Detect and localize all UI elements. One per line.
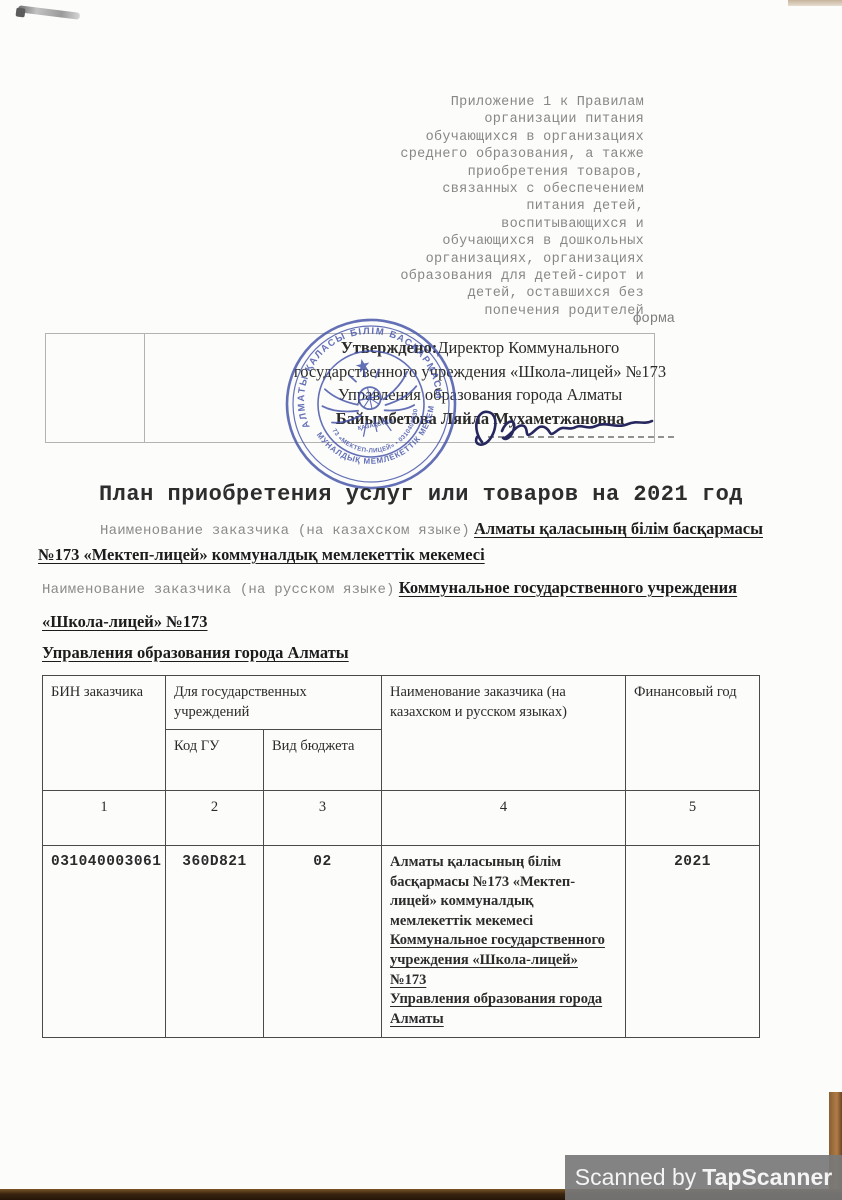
- col-number: 2: [166, 791, 264, 846]
- cell-bin: 031040003061: [43, 846, 166, 1038]
- cell-name-ru-2: Управления образования города Алматы: [390, 990, 617, 1029]
- approval-box-empty-cell: [45, 333, 145, 443]
- cell-vid-budget: 02: [264, 846, 382, 1038]
- scanner-badge-prefix: Scanned by: [575, 1164, 696, 1191]
- customer-ru-line3: Управления образования города Алматы: [42, 637, 737, 668]
- pen-artifact: [18, 5, 80, 20]
- cell-name-ru-1: Коммунальное государственного учреждения…: [390, 931, 617, 990]
- customer-kk-value1: Алматы қаласының білім басқармасы: [474, 519, 763, 538]
- col-number: 1: [43, 791, 166, 846]
- col-number: 3: [264, 791, 382, 846]
- document-title: План приобретения услуг или товаров на 2…: [0, 482, 842, 507]
- procurement-table: БИН заказчика Для государственных учрежд…: [42, 675, 760, 1038]
- official-stamp: АЛМАТЫ ҚАЛАСЫ БІЛІМ БАСҚАРМАСЫ КОММУНАЛД…: [267, 300, 476, 509]
- customer-ru-block: Наименование заказчика (на русском языке…: [42, 572, 737, 668]
- appendix-line: приобретения товаров,: [224, 164, 644, 181]
- appendix-line: воспитывающихся и: [224, 216, 644, 233]
- header-name: Наименование заказчика (на казахском и р…: [382, 676, 626, 791]
- header-kod-gu: Код ГУ: [166, 730, 264, 791]
- table-header-row-1: БИН заказчика Для государственных учрежд…: [43, 676, 760, 730]
- appendix-line: организации питания: [224, 111, 644, 128]
- appendix-line: образования для детей-сирот и: [224, 268, 644, 285]
- appendix-note: Приложение 1 к Правилам организации пита…: [224, 94, 644, 320]
- table-data-row: 031040003061 360D821 02 Алматы қаласының…: [43, 846, 760, 1038]
- header-vid-budget: Вид бюджета: [264, 730, 382, 791]
- customer-ru-line2: «Школа-лицей» №173: [42, 606, 737, 637]
- cell-kod-gu: 360D821: [166, 846, 264, 1038]
- wood-edge-top: [788, 0, 842, 6]
- forma-label: форма: [633, 311, 675, 327]
- stamp-star-icon: [355, 358, 371, 374]
- appendix-line: Приложение 1 к Правилам: [224, 94, 644, 111]
- appendix-line: организациях, организациях: [224, 251, 644, 268]
- appendix-line: питания детей,: [224, 198, 644, 215]
- header-gov: Для государственных учреждений: [166, 676, 382, 730]
- appendix-line: среднего образования, а также: [224, 146, 644, 163]
- cell-customer-name: Алматы қаласының білім басқармасы №173 «…: [382, 846, 626, 1038]
- scanned-document-page: Приложение 1 к Правилам организации пита…: [0, 0, 842, 1200]
- customer-kk-line1: Наименование заказчика (на казахском язы…: [100, 519, 763, 539]
- customer-ru-label: Наименование заказчика (на русском языке…: [42, 582, 395, 598]
- header-fin-year: Финансовый год: [626, 676, 760, 791]
- table-number-row: 1 2 3 4 5: [43, 791, 760, 846]
- pen-tip-artifact: [15, 7, 25, 17]
- stamp-center-label: ҚАЗАҚСТАН: [357, 419, 393, 432]
- appendix-line: обучающихся в дошкольных: [224, 233, 644, 250]
- appendix-line: обучающихся в организациях: [224, 129, 644, 146]
- customer-ru-line1: Наименование заказчика (на русском языке…: [42, 572, 737, 606]
- customer-kk-label: Наименование заказчика (на казахском язы…: [100, 523, 470, 539]
- appendix-line: связанных с обеспечением: [224, 181, 644, 198]
- signature-scribble: [468, 398, 683, 448]
- scanner-badge-brand: TapScanner: [702, 1164, 832, 1191]
- col-number: 4: [382, 791, 626, 846]
- cell-name-kk: Алматы қаласының білім басқармасы №173 «…: [390, 854, 575, 929]
- header-bin: БИН заказчика: [43, 676, 166, 791]
- customer-kk-line2: №173 «Мектеп-лицей» коммуналдық мемлекет…: [38, 545, 485, 565]
- scanner-badge: Scanned by TapScanner: [565, 1155, 842, 1200]
- cell-fin-year: 2021: [626, 846, 760, 1038]
- col-number: 5: [626, 791, 760, 846]
